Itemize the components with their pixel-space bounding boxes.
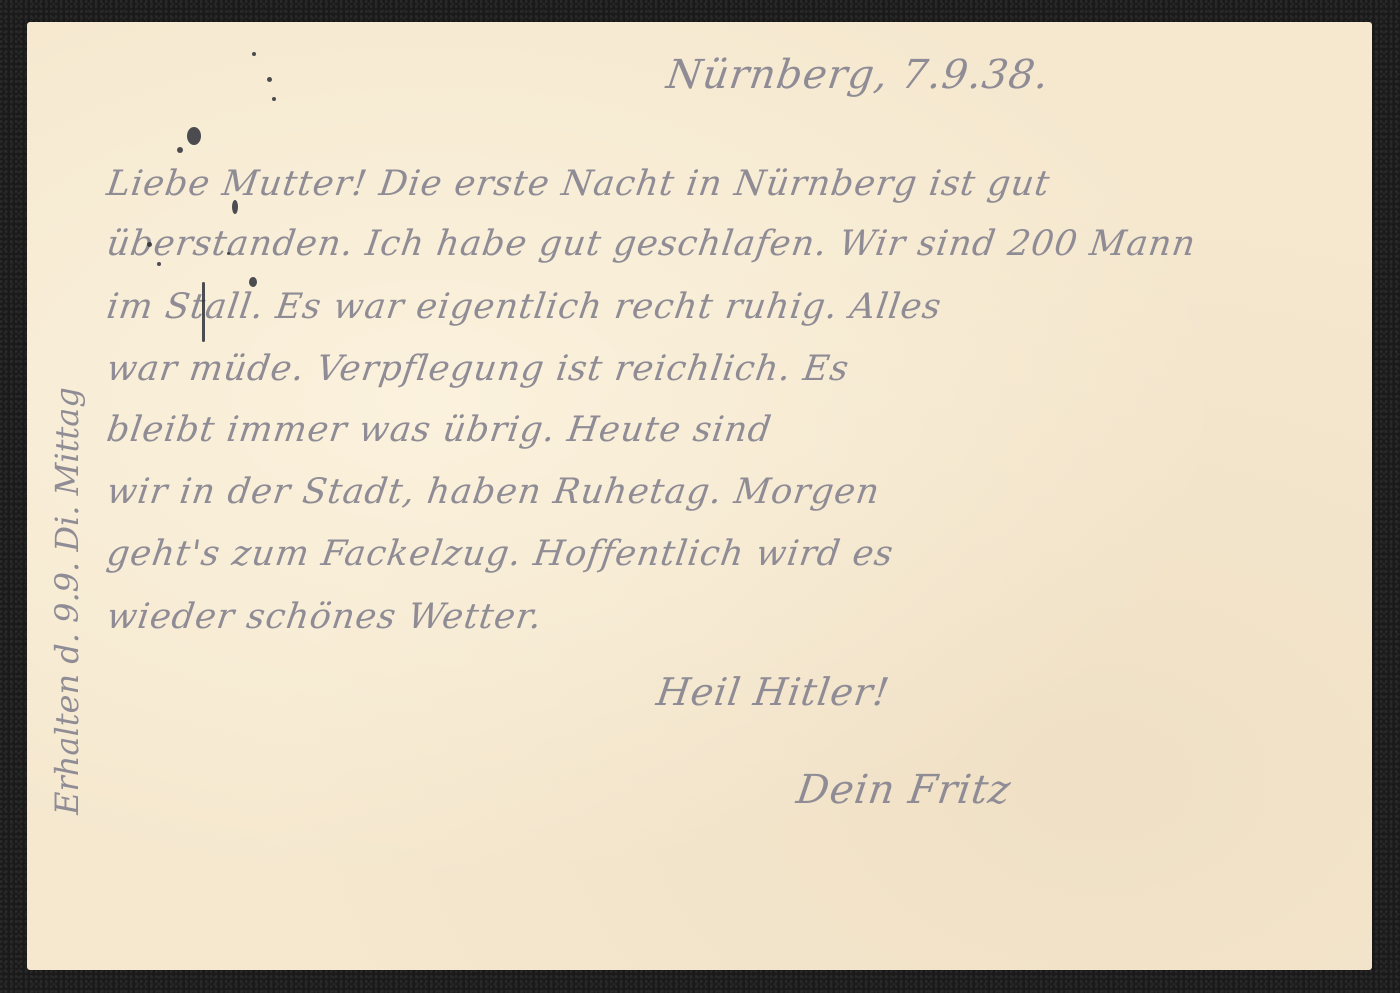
date-line: Nürnberg, 7.9.38. (664, 52, 1052, 98)
body-line-5: bleibt immer was übrig. Heute sind (104, 410, 774, 450)
closing-greeting: Heil Hitler! (654, 670, 893, 714)
body-line-4: war müde. Verpflegung ist reichlich. Es (104, 349, 852, 389)
body-line-3: im Stall. Es war eigentlich recht ruhig.… (104, 287, 944, 327)
body-line-2: überstanden. Ich habe gut geschlafen. Wi… (104, 224, 1198, 264)
body-line-6: wir in der Stadt, haben Ruhetag. Morgen (104, 472, 882, 512)
margin-note-vertical: Erhalten d. 9.9. Di. Mittag (48, 251, 86, 951)
signature: Dein Fritz (794, 767, 1014, 813)
body-line-7: geht's zum Fackelzug. Hoffentlich wird e… (104, 534, 896, 574)
body-line-8: wieder schönes Wetter. (104, 597, 545, 637)
postcard: Nürnberg, 7.9.38. Liebe Mutter! Die erst… (27, 22, 1372, 970)
body-line-1: Liebe Mutter! Die erste Nacht in Nürnber… (104, 164, 1052, 204)
